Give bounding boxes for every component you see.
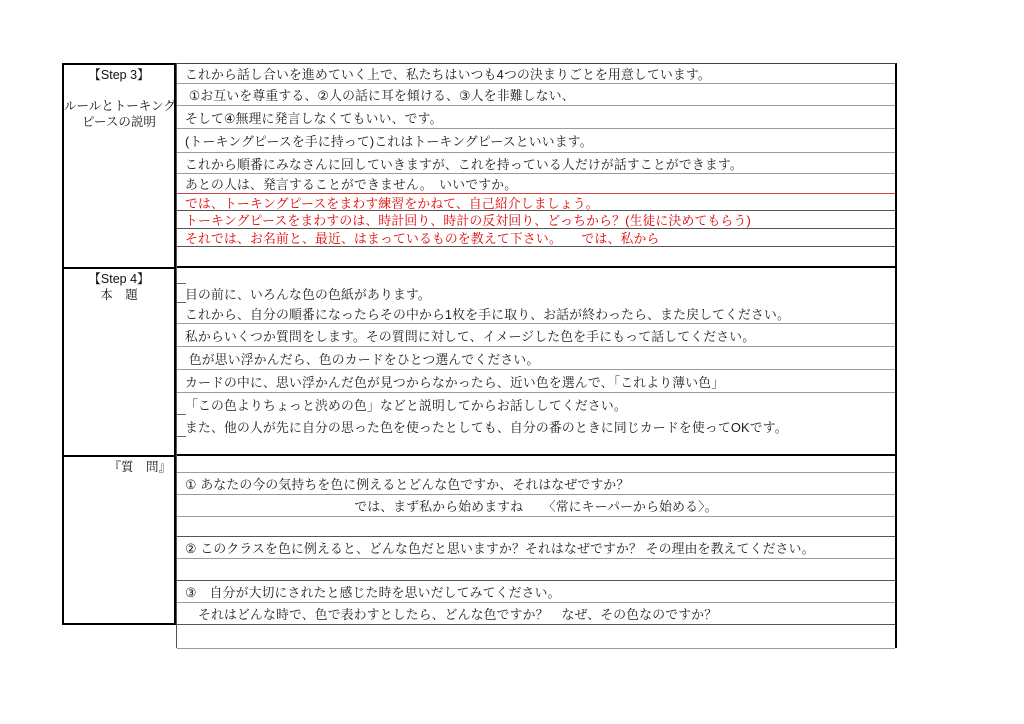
script-row: トーキングピースをまわすのは、時計回り、時計の反対回り、どっちから？(生徒に決め… bbox=[177, 211, 895, 229]
script-row-text: あとの人は、発言することができません。 いいですか。 bbox=[185, 174, 517, 193]
script-row bbox=[177, 437, 895, 456]
script-rows-column: これから話し合いを進めていく上で、私たちはいつも4つの決まりごとを用意しています… bbox=[176, 63, 897, 648]
script-row: 私からいくつか質問をします。その質問に対して、イメージした色を手にもって話してく… bbox=[177, 324, 895, 347]
scanned-worksheet: 【Step 3】 ルールとトーキングピースの説明【Step 4】本 題『質 問』… bbox=[0, 0, 1024, 724]
section-label-step3: 【Step 3】 ルールとトーキングピースの説明 bbox=[64, 65, 174, 269]
script-row-text: ① あなたの今の気持ちを色に例えるとどんな色ですか、それはなぜですか？ bbox=[185, 474, 629, 493]
script-row bbox=[177, 559, 895, 581]
script-row: では、まず私から始めますね 〈常にキーパーから始める〉。 bbox=[177, 495, 895, 517]
script-row: これから話し合いを進めていく上で、私たちはいつも4つの決まりごとを用意しています… bbox=[177, 64, 895, 84]
section-label-line: ルールとトーキング bbox=[64, 99, 174, 115]
section-label-line: 本 題 bbox=[64, 288, 174, 304]
script-row bbox=[177, 247, 895, 268]
script-row-text: カードの中に、思い浮かんだ色が見つからなかったら、近い色を選んで、「これより薄い… bbox=[185, 372, 724, 391]
script-row-text: ② このクラスを色に例えると、どんな色だと思いますか？それはなぜですか？ その理… bbox=[185, 538, 815, 557]
script-row-text: 目の前に、いろんな色の色紙があります。 bbox=[185, 284, 431, 303]
script-row bbox=[177, 456, 895, 473]
script-row: これから、自分の順番になったらその中から1枚を手に取り、お話が終わったら、また戻… bbox=[177, 303, 895, 324]
script-row: では、トーキングピースをまわす練習をかねて、自己紹介しましょう。 bbox=[177, 194, 895, 211]
script-row: また、他の人が先に自分の思った色を使ったとしても、自分の番のときに同じカードを使… bbox=[177, 415, 895, 437]
script-row bbox=[177, 517, 895, 537]
script-row: 目の前に、いろんな色の色紙があります。 bbox=[177, 284, 895, 303]
script-row-text: ③ 自分が大切にされたと感じた時を思いだしてみてください。 bbox=[185, 582, 561, 601]
lesson-script-table: 【Step 3】 ルールとトーキングピースの説明【Step 4】本 題『質 問』… bbox=[62, 63, 897, 648]
script-row-text: では、まず私から始めますね 〈常にキーパーから始める〉。 bbox=[354, 496, 717, 515]
script-row: ① あなたの今の気持ちを色に例えるとどんな色ですか、それはなぜですか？ bbox=[177, 473, 895, 495]
script-row-text: これから話し合いを進めていく上で、私たちはいつも4つの決まりごとを用意しています… bbox=[185, 64, 711, 83]
script-row bbox=[177, 268, 895, 284]
section-label-line: 『質 問』 bbox=[64, 460, 174, 476]
section-label-questions: 『質 問』 bbox=[64, 457, 174, 627]
script-row: (トーキングピースを手に持って)これはトーキングピースといいます。 bbox=[177, 129, 895, 153]
script-row-text: それでは、お名前と、最近、はまっているものを教えて下さい。 では、私から bbox=[185, 229, 659, 247]
script-row: 「この色よりちょっと渋めの色」などと説明してからお話ししてください。 bbox=[177, 393, 895, 415]
script-row-text: これから、自分の順番になったらその中から1枚を手に取り、お話が終わったら、また戻… bbox=[185, 304, 790, 323]
script-row: ② このクラスを色に例えると、どんな色だと思いますか？それはなぜですか？ その理… bbox=[177, 537, 895, 559]
section-label-step4: 【Step 4】本 題 bbox=[64, 269, 174, 457]
script-row: ③ 自分が大切にされたと感じた時を思いだしてみてください。 bbox=[177, 581, 895, 603]
script-row-text: では、トーキングピースをまわす練習をかねて、自己紹介しましょう。 bbox=[185, 194, 599, 211]
script-row-text: ①お互いを尊重する、②人の話に耳を傾ける、③人を非難しない、 bbox=[185, 85, 575, 104]
section-label-line: ピースの説明 bbox=[64, 115, 174, 131]
script-row-text: また、他の人が先に自分の思った色を使ったとしても、自分の番のときに同じカードを使… bbox=[185, 417, 788, 436]
script-row-text: 「この色よりちょっと渋めの色」などと説明してからお話ししてください。 bbox=[185, 395, 627, 414]
section-label-line bbox=[64, 84, 174, 100]
script-row-text: それはどんな時で、色で表わすとしたら、どんな色ですか？ なぜ、その色なのですか？ bbox=[185, 604, 717, 623]
section-label-line: 【Step 4】 bbox=[64, 272, 174, 288]
script-row bbox=[177, 625, 895, 649]
script-row: ①お互いを尊重する、②人の話に耳を傾ける、③人を非難しない、 bbox=[177, 84, 895, 106]
script-row: カードの中に、思い浮かんだ色が見つからなかったら、近い色を選んで、「これより薄い… bbox=[177, 370, 895, 393]
script-row: それでは、お名前と、最近、はまっているものを教えて下さい。 では、私から bbox=[177, 229, 895, 247]
script-row: あとの人は、発言することができません。 いいですか。 bbox=[177, 174, 895, 194]
script-row: それはどんな時で、色で表わすとしたら、どんな色ですか？ なぜ、その色なのですか？ bbox=[177, 603, 895, 625]
script-row-text: 色が思い浮かんだら、色のカードをひとつ選んでください。 bbox=[185, 349, 539, 368]
script-row: 色が思い浮かんだら、色のカードをひとつ選んでください。 bbox=[177, 347, 895, 370]
script-row-text: トーキングピースをまわすのは、時計回り、時計の反対回り、どっちから？(生徒に決め… bbox=[185, 211, 751, 229]
script-row: これから順番にみなさんに回していきますが、これを持っている人だけが話すことができ… bbox=[177, 153, 895, 174]
script-row: そして④無理に発言しなくてもいい、です。 bbox=[177, 106, 895, 129]
script-row-text: そして④無理に発言しなくてもいい、です。 bbox=[185, 108, 443, 127]
script-row-text: (トーキングピースを手に持って)これはトーキングピースといいます。 bbox=[185, 131, 593, 150]
step-label-column: 【Step 3】 ルールとトーキングピースの説明【Step 4】本 題『質 問』 bbox=[62, 63, 176, 625]
script-row-text: これから順番にみなさんに回していきますが、これを持っている人だけが話すことができ… bbox=[185, 154, 743, 173]
script-row-text: 私からいくつか質問をします。その質問に対して、イメージした色を手にもって話してく… bbox=[185, 326, 755, 345]
section-label-line: 【Step 3】 bbox=[64, 68, 174, 84]
